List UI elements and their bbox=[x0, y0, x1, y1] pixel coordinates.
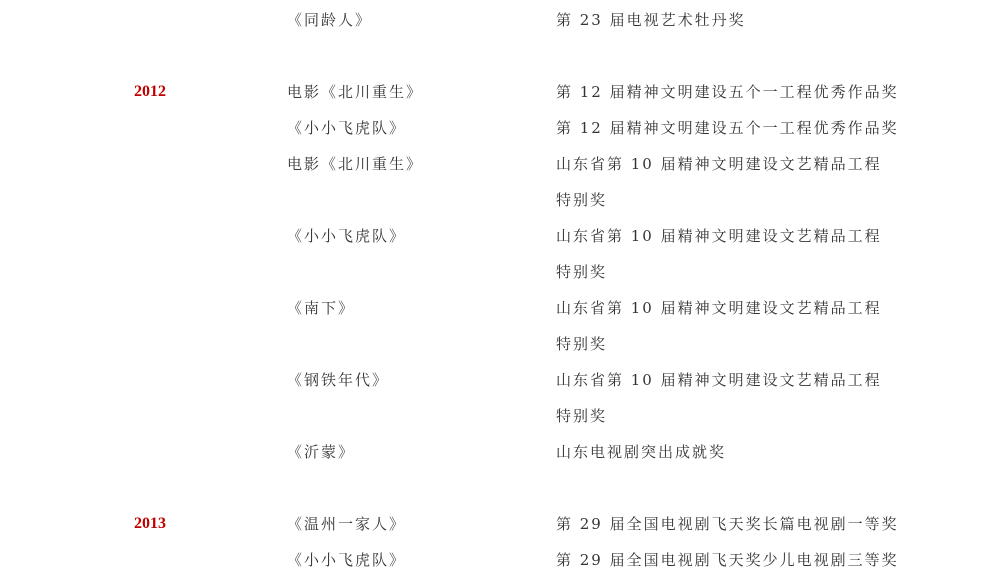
table-row: 特别奖 bbox=[0, 182, 1008, 218]
awards-table: 《同龄人》第 23 届电视艺术牡丹奖 2012电影《北川重生》第 12 届精神文… bbox=[0, 2, 1008, 575]
award-name: 第 12 届精神文明建设五个一工程优秀作品奖 bbox=[556, 74, 899, 110]
table-row: 《南下》山东省第 10 届精神文明建设文艺精品工程 bbox=[0, 290, 1008, 326]
table-row: 电影《北川重生》山东省第 10 届精神文明建设文艺精品工程 bbox=[0, 146, 1008, 182]
table-row bbox=[0, 470, 1008, 506]
work-title: 电影《北川重生》 bbox=[287, 74, 423, 110]
table-row: 《同龄人》第 23 届电视艺术牡丹奖 bbox=[0, 2, 1008, 38]
award-name: 第 29 届全国电视剧飞天奖长篇电视剧一等奖 bbox=[556, 506, 899, 542]
award-name: 山东省第 10 届精神文明建设文艺精品工程 bbox=[556, 146, 882, 182]
year: 2012 bbox=[134, 74, 166, 110]
work-title: 《钢铁年代》 bbox=[287, 362, 389, 398]
award-name: 山东省第 10 届精神文明建设文艺精品工程 bbox=[556, 290, 882, 326]
table-row: 2012电影《北川重生》第 12 届精神文明建设五个一工程优秀作品奖 bbox=[0, 74, 1008, 110]
table-row: 特别奖 bbox=[0, 254, 1008, 290]
table-row: 《沂蒙》山东电视剧突出成就奖 bbox=[0, 434, 1008, 470]
award-name: 山东省第 10 届精神文明建设文艺精品工程 bbox=[556, 362, 882, 398]
work-title: 《小小飞虎队》 bbox=[287, 110, 406, 146]
award-name: 特别奖 bbox=[556, 398, 607, 434]
award-name: 第 12 届精神文明建设五个一工程优秀作品奖 bbox=[556, 110, 899, 146]
award-name: 第 23 届电视艺术牡丹奖 bbox=[556, 2, 746, 38]
award-name: 特别奖 bbox=[556, 326, 607, 362]
table-row: 《小小飞虎队》第 29 届全国电视剧飞天奖少儿电视剧三等奖 bbox=[0, 542, 1008, 575]
award-name: 特别奖 bbox=[556, 182, 607, 218]
work-title: 《温州一家人》 bbox=[287, 506, 406, 542]
award-name: 特别奖 bbox=[556, 254, 607, 290]
work-title: 《南下》 bbox=[287, 290, 355, 326]
table-row: 《小小飞虎队》山东省第 10 届精神文明建设文艺精品工程 bbox=[0, 218, 1008, 254]
table-row bbox=[0, 38, 1008, 74]
table-row: 特别奖 bbox=[0, 326, 1008, 362]
award-name: 山东省第 10 届精神文明建设文艺精品工程 bbox=[556, 218, 882, 254]
table-row: 2013《温州一家人》第 29 届全国电视剧飞天奖长篇电视剧一等奖 bbox=[0, 506, 1008, 542]
work-title: 《小小飞虎队》 bbox=[287, 542, 406, 575]
table-row: 特别奖 bbox=[0, 398, 1008, 434]
work-title: 《小小飞虎队》 bbox=[287, 218, 406, 254]
work-title: 《同龄人》 bbox=[287, 2, 372, 38]
award-name: 第 29 届全国电视剧飞天奖少儿电视剧三等奖 bbox=[556, 542, 899, 575]
year: 2013 bbox=[134, 506, 166, 542]
table-row: 《钢铁年代》山东省第 10 届精神文明建设文艺精品工程 bbox=[0, 362, 1008, 398]
award-name: 山东电视剧突出成就奖 bbox=[556, 434, 726, 470]
work-title: 《沂蒙》 bbox=[287, 434, 355, 470]
table-row: 《小小飞虎队》第 12 届精神文明建设五个一工程优秀作品奖 bbox=[0, 110, 1008, 146]
work-title: 电影《北川重生》 bbox=[287, 146, 423, 182]
